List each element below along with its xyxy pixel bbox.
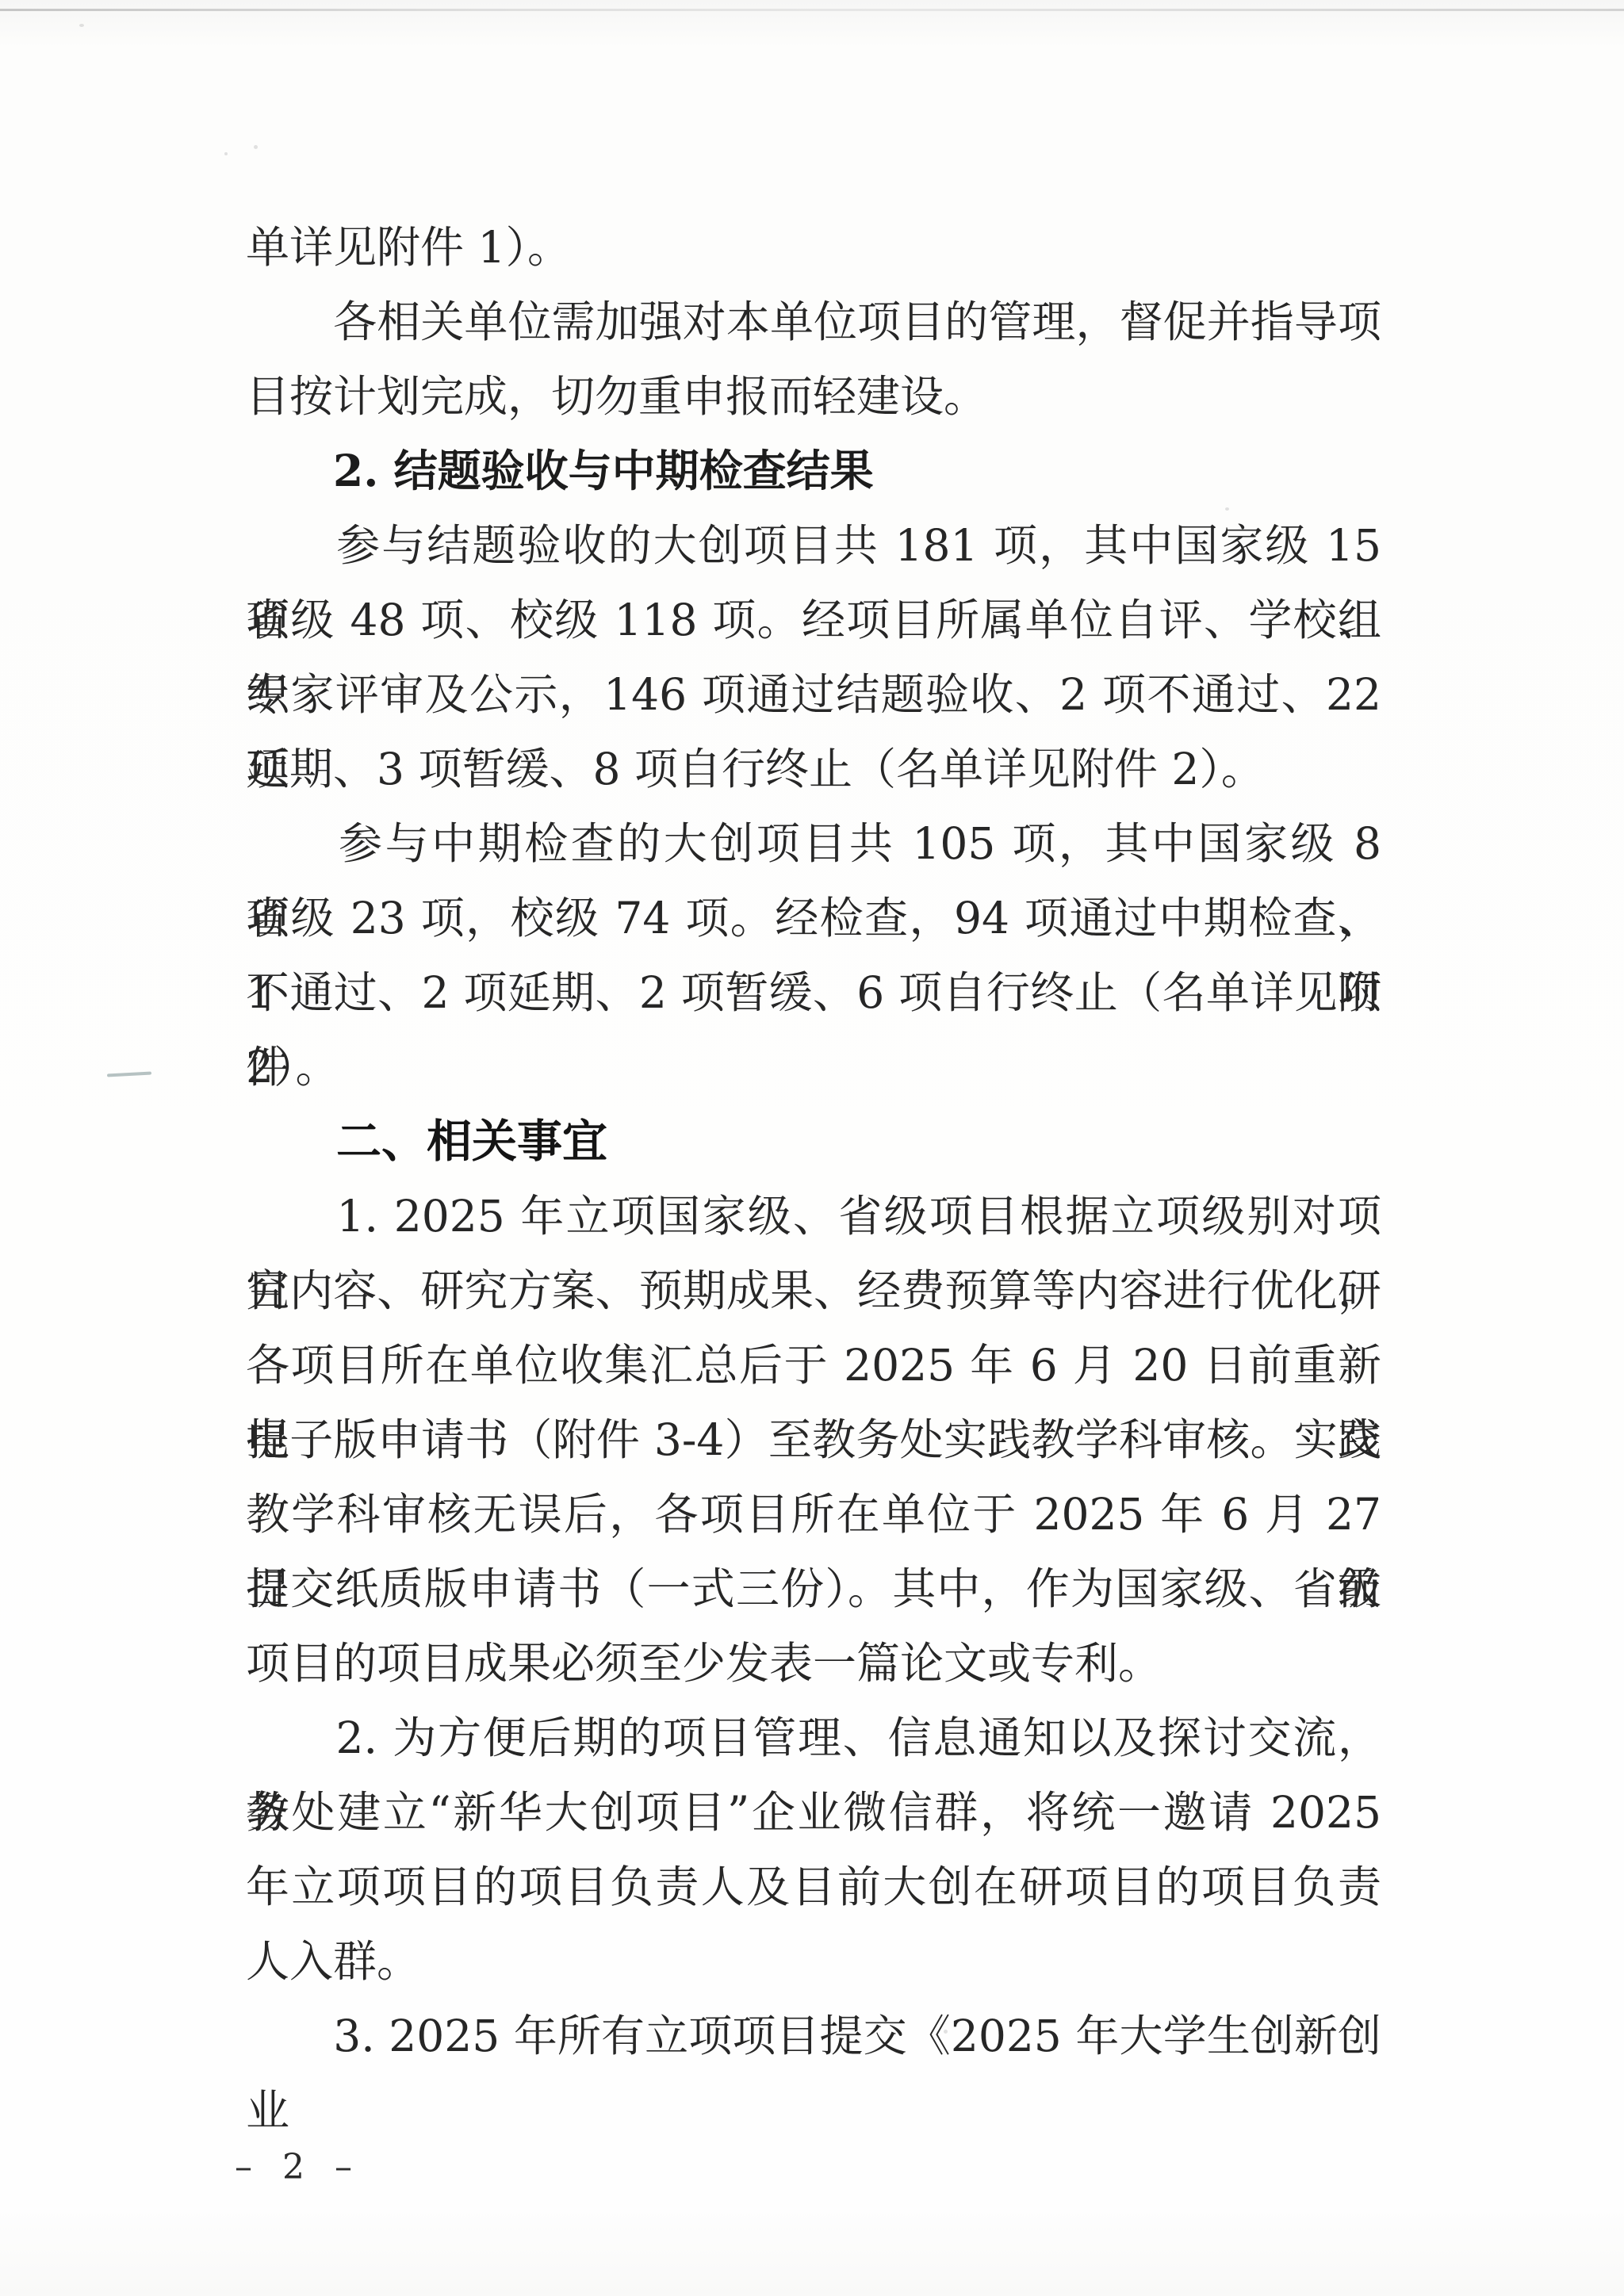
scanned-document-page: 单详见附件 1）。 各相关单位需加强对本单位项目的管理，督促并指导项 目按计划完… (0, 0, 1624, 2296)
scan-noise-dot (224, 152, 228, 155)
scan-edge-line (0, 9, 1624, 11)
scan-noise-dot (79, 24, 84, 27)
doc-line: 项目的项目成果必须至少发表一篇论文或专利。 (246, 1626, 1381, 1701)
doc-line: 各项目所在单位收集汇总后于 2025 年 6 月 20 日前重新提交 (246, 1328, 1381, 1402)
doc-line: 2）。 (246, 1030, 1381, 1104)
doc-line: 参与中期检查的大创项目共 105 项，其中国家级 8 项， (246, 806, 1381, 881)
doc-line: 务处建立“新华大创项目”企业微信群，将统一邀请 2025 (246, 1775, 1381, 1850)
doc-line: 专家评审及公示，146 项通过结题验收、2 项不通过、22 项 (246, 657, 1381, 732)
doc-line: 单详见附件 1）。 (246, 210, 1381, 285)
doc-line: 各相关单位需加强对本单位项目的管理，督促并指导项 (246, 285, 1381, 359)
doc-line: 省级 48 项、校级 118 项。经项目所属单位自评、学校组织 (246, 583, 1381, 657)
scan-noise-dot (254, 145, 258, 149)
doc-line: 年立项项目的项目负责人及目前大创在研项目的项目负责 (246, 1850, 1381, 1924)
doc-line: 2. 为方便后期的项目管理、信息通知以及探讨交流，教 (246, 1701, 1381, 1775)
doc-line: 教学科审核无误后，各项目所在单位于 2025 年 6 月 27 日前 (246, 1477, 1381, 1552)
doc-line: 电子版申请书（附件 3-4）至教务处实践教学科审核。实践 (246, 1402, 1381, 1477)
doc-line: 参与结题验收的大创项目共 181 项，其中国家级 15 项、 (246, 508, 1381, 583)
doc-line: 究内容、研究方案、预期成果、经费预算等内容进行优化， (246, 1253, 1381, 1328)
doc-line: 省级 23 项，校级 74 项。经检查，94 项通过中期检查、1 项 (246, 881, 1381, 955)
page-number: – 2 – (235, 2147, 362, 2187)
doc-line: 目按计划完成，切勿重申报而轻建设。 (246, 359, 1381, 434)
doc-line: 3. 2025 年所有立项项目提交《2025 年大学生创新创业 (246, 1999, 1381, 2073)
document-body: 单详见附件 1）。 各相关单位需加强对本单位项目的管理，督促并指导项 目按计划完… (246, 210, 1381, 2073)
doc-line: 不通过、2 项延期、2 项暂缓、6 项自行终止（名单详见附件 (246, 955, 1381, 1030)
doc-line: 延期、3 项暂缓、8 项自行终止（名单详见附件 2）。 (246, 732, 1381, 806)
doc-heading-numbered: 2. 结题验收与中期检查结果 (246, 434, 1381, 508)
doc-line: 人入群。 (246, 1924, 1381, 1999)
doc-line: 提交纸质版申请书（一式三份）。其中，作为国家级、省级 (246, 1552, 1381, 1626)
doc-section-heading: 二、相关事宜 (246, 1104, 1381, 1179)
doc-line: 1. 2025 年立项国家级、省级项目根据立项级别对项目研 (246, 1179, 1381, 1253)
pencil-mark (107, 1072, 151, 1077)
